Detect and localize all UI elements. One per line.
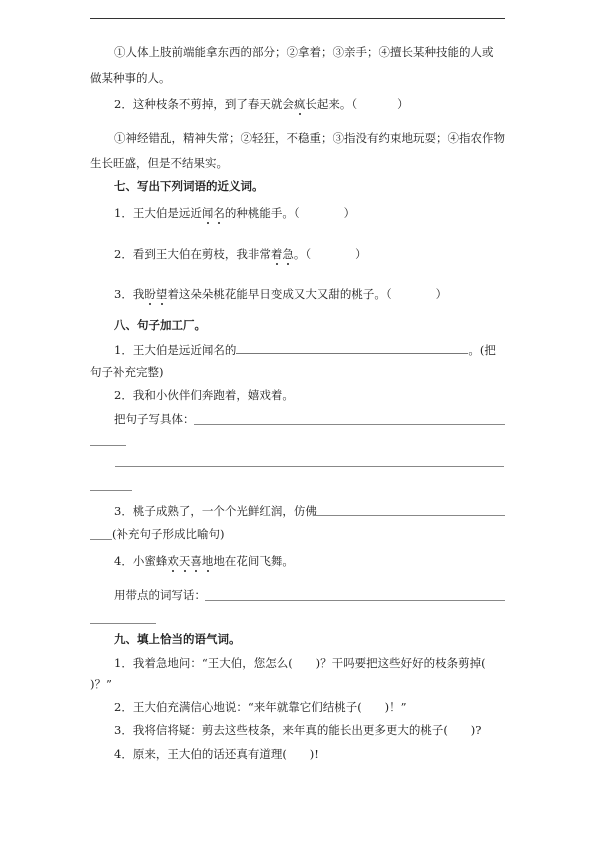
meanings-a-line1: ①人体上肢前端能拿东西的部分；②拿着；③亲手；④擅长某种技能的人或 xyxy=(90,44,505,60)
q6-item2-post: 长起来。（ xyxy=(305,97,357,111)
meanings-a-line2: 做某种事的人。 xyxy=(90,70,505,86)
header-rule xyxy=(90,18,505,19)
section-heading-8: 八、句子加工厂。 xyxy=(90,317,505,333)
q6-item-2: 2．这种枝条不剪掉，到了春天就会疯长起来。（） xyxy=(90,96,505,112)
emphasized-char: 名 xyxy=(213,206,225,220)
emphasized-char: 望 xyxy=(156,287,168,301)
q9-item-3: 3．我将信将疑：剪去这些枝条，来年真的能长出更多更大的桃子( )? xyxy=(90,722,505,738)
answer-line[interactable] xyxy=(205,600,505,601)
emphasized-char: 盼 xyxy=(144,287,156,301)
section-heading-9: 九、填上恰当的语气词。 xyxy=(90,631,505,647)
close-paren: ） xyxy=(436,287,448,301)
emphasized-char: 地 xyxy=(202,554,214,568)
answer-line[interactable] xyxy=(194,424,505,425)
q8-item2-prompt: 把句子写具体： xyxy=(114,412,195,426)
meanings-b-line2: 生长旺盛，但是不结果实。 xyxy=(90,155,505,171)
answer-line[interactable] xyxy=(236,341,468,354)
q7-item-3: 3．我盼望着这朵朵桃花能早日变成又大又甜的桃子。（） xyxy=(90,286,505,302)
q8-item-2: 2．我和小伙伴们奔跑着，嬉戏着。 xyxy=(90,387,505,403)
answer-line[interactable] xyxy=(90,445,126,446)
q7-item-2: 2．看到王大伯在剪枝，我非常着急。（） xyxy=(90,246,505,262)
q7-item1-pre: 1．王大伯是远近 xyxy=(114,206,202,220)
q7-item3-pre: 3．我 xyxy=(114,287,144,301)
q9-item-1: 1．我着急地问：“王大伯，您怎么( )？干吗要把这些好好的枝条剪掉( xyxy=(90,655,505,671)
answer-line[interactable] xyxy=(90,490,132,491)
emphasized-char: 闻 xyxy=(202,206,214,220)
q8-item4-pre: 4．小蜜蜂 xyxy=(114,554,167,568)
emphasized-char: 急 xyxy=(282,247,294,261)
q8-item4-post: 地在花间飞舞。 xyxy=(213,554,294,568)
answer-line[interactable] xyxy=(314,515,505,516)
emphasized-char: 着 xyxy=(271,247,283,261)
close-paren: ） xyxy=(344,206,356,220)
q8-item-1: 1．王大伯是远近闻名的。(把 xyxy=(90,341,505,358)
section-heading-7: 七、写出下列词语的近义词。 xyxy=(90,178,505,194)
q9-item-2: 2．王大伯充满信心地说：“来年就靠它们结桃子( )！” xyxy=(90,699,505,715)
answer-line[interactable] xyxy=(115,466,504,467)
emphasized-char: 疯 xyxy=(294,97,306,111)
q7-item1-post: 的种桃能手。（ xyxy=(225,206,300,220)
q8-item-3: 3．桃子成熟了，一个个光鲜红润，仿佛 xyxy=(90,503,505,519)
meanings-b-line1: ①神经错乱，精神失常；②轻狂，不稳重；③指没有约束地玩耍；④指农作物 xyxy=(90,130,505,146)
q8-item1-line2: 句子补充完整) xyxy=(90,364,505,380)
emphasized-char: 喜 xyxy=(190,554,202,568)
q9-item1-line2: )？” xyxy=(90,676,505,692)
q8-item3-pre: 3．桃子成熟了，一个个光鲜红润，仿佛 xyxy=(114,504,317,518)
answer-line[interactable] xyxy=(90,539,112,540)
emphasized-char: 欢 xyxy=(167,554,179,568)
q6-item2-pre: 2．这种枝条不剪掉，到了春天就会 xyxy=(114,97,294,111)
close-paren: ） xyxy=(355,247,367,261)
q8-item4-prompt: 用带点的词写话： xyxy=(114,588,206,602)
close-paren: ） xyxy=(397,97,409,111)
answer-line[interactable] xyxy=(90,623,156,624)
q7-item2-pre: 2．看到王大伯在剪枝，我非常 xyxy=(114,247,271,261)
emphasized-char: 天 xyxy=(179,554,191,568)
q8-item1-post: 。(把 xyxy=(468,343,496,357)
q7-item-1: 1．王大伯是远近闻名的种桃能手。（） xyxy=(90,205,505,221)
q7-item3-post: 着这朵朵桃花能早日变成又大又甜的桃子。（ xyxy=(167,287,391,301)
q8-item1-pre: 1．王大伯是远近闻名的 xyxy=(114,343,236,357)
q7-item2-post: 。（ xyxy=(294,247,311,261)
q8-item-4: 4．小蜜蜂欢天喜地地在花间飞舞。 xyxy=(90,553,505,569)
q8-item3-line2: (补充句子形成比喻句) xyxy=(112,526,412,542)
q9-item-4: 4．原来，王大伯的话还真有道理( )! xyxy=(90,746,505,762)
